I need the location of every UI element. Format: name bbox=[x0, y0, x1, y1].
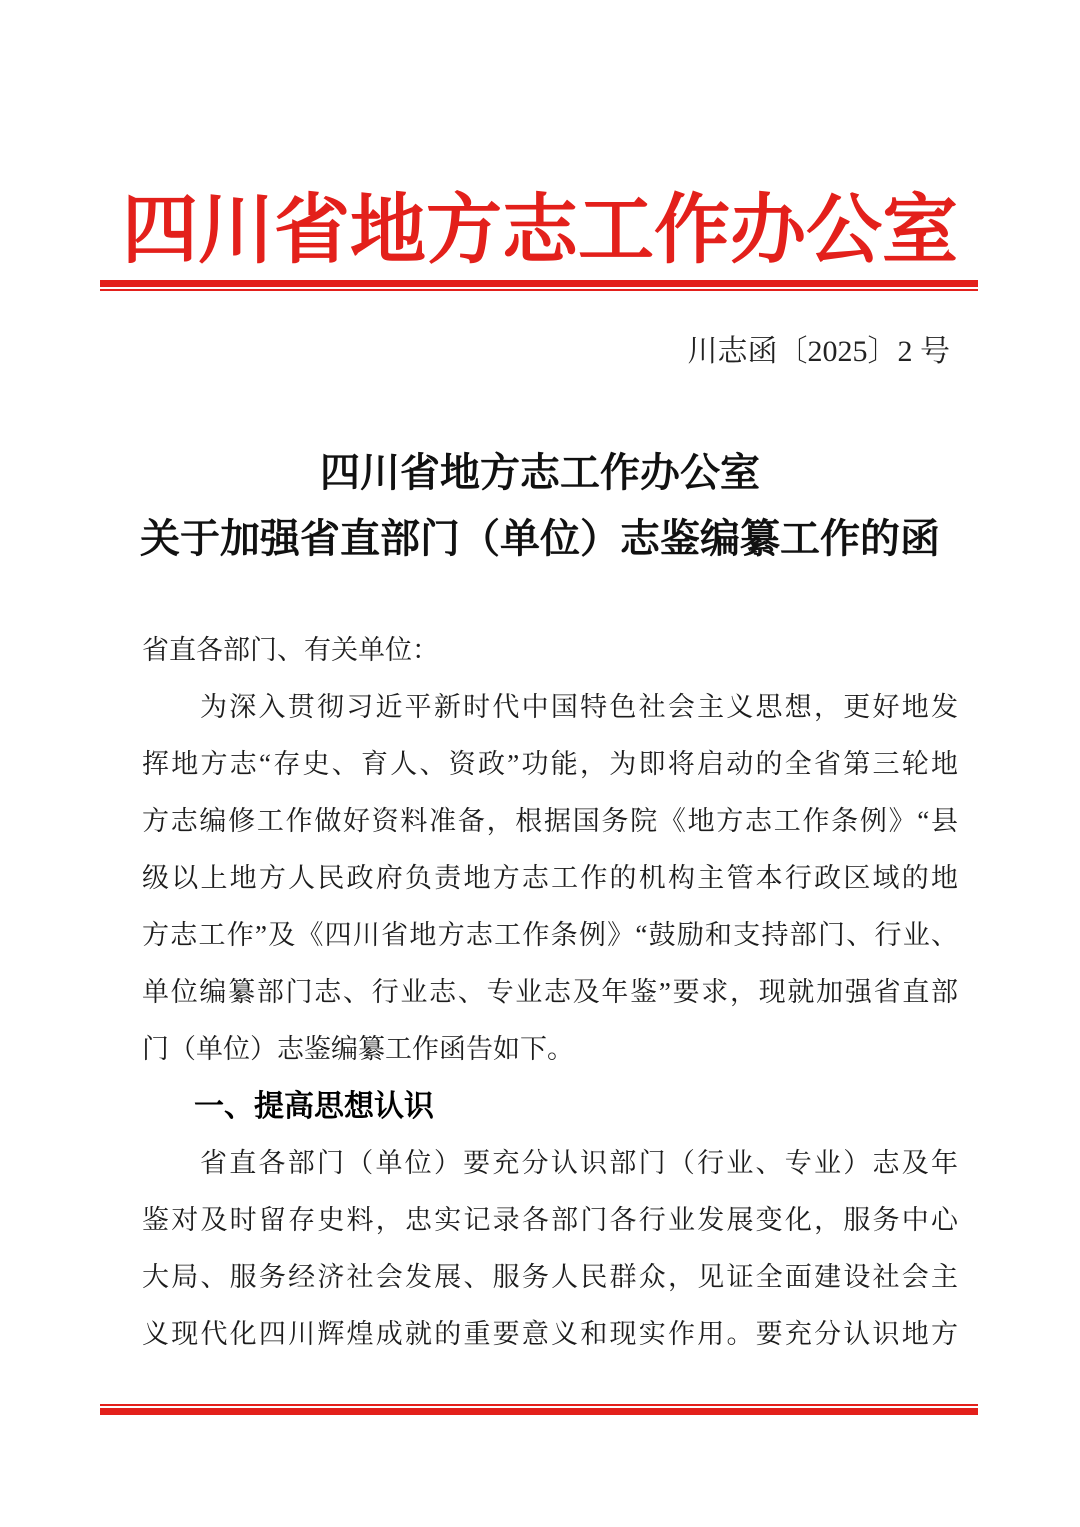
document-reference-number: 川志函〔2025〕2 号 bbox=[688, 334, 951, 370]
document-title-line-1: 四川省地方志工作办公室 bbox=[0, 440, 1080, 506]
paragraph2-line: 鉴对及时留存史料，忠实记录各部门各行业发展变化，服务中心 bbox=[142, 1192, 958, 1249]
paragraph2-line: 大局、服务经济社会发展、服务人民群众，见证全面建设社会主 bbox=[142, 1249, 958, 1306]
paragraph1-line: 为深入贯彻习近平新时代中国特色社会主义思想，更好地发 bbox=[142, 679, 958, 736]
footer-divider-rule bbox=[100, 1404, 978, 1415]
footer-rule-thick-line bbox=[100, 1408, 978, 1415]
masthead-rule-thin-line bbox=[100, 289, 978, 291]
document-title: 四川省地方志工作办公室 关于加强省直部门（单位）志鉴编纂工作的函 bbox=[0, 440, 1080, 572]
paragraph1-line: 方志工作”及《四川省地方志工作条例》“鼓励和支持部门、行业、 bbox=[142, 907, 958, 964]
paragraph1-line: 挥地方志“存史、育人、资政”功能，为即将启动的全省第三轮地 bbox=[142, 736, 958, 793]
official-document-page: 四川省地方志工作办公室 川志函〔2025〕2 号 四川省地方志工作办公室 关于加… bbox=[0, 0, 1080, 1527]
paragraph1-line: 方志编修工作做好资料准备，根据国务院《地方志工作条例》“县 bbox=[142, 793, 958, 850]
paragraph1-line: 门（单位）志鉴编纂工作函告如下。 bbox=[142, 1021, 958, 1078]
paragraph1-line: 级以上地方人民政府负责地方志工作的机构主管本行政区域的地 bbox=[142, 850, 958, 907]
document-body: 省直各部门、有关单位： 为深入贯彻习近平新时代中国特色社会主义思想，更好地发 挥… bbox=[142, 622, 958, 1363]
salutation-line: 省直各部门、有关单位： bbox=[142, 622, 958, 679]
paragraph2-line: 义现代化四川辉煌成就的重要意义和现实作用。要充分认识地方 bbox=[142, 1306, 958, 1363]
document-title-line-2: 关于加强省直部门（单位）志鉴编纂工作的函 bbox=[0, 506, 1080, 572]
paragraph1-line: 单位编纂部门志、行业志、专业志及年鉴”要求，现就加强省直部 bbox=[142, 964, 958, 1021]
masthead-rule-thick-line bbox=[100, 280, 978, 287]
section1-heading: 一、提高思想认识 bbox=[142, 1078, 958, 1135]
agency-masthead-title: 四川省地方志工作办公室 bbox=[0, 186, 1080, 276]
masthead-divider-rule bbox=[100, 280, 978, 291]
paragraph2-line: 省直各部门（单位）要充分认识部门（行业、专业）志及年 bbox=[142, 1135, 958, 1192]
